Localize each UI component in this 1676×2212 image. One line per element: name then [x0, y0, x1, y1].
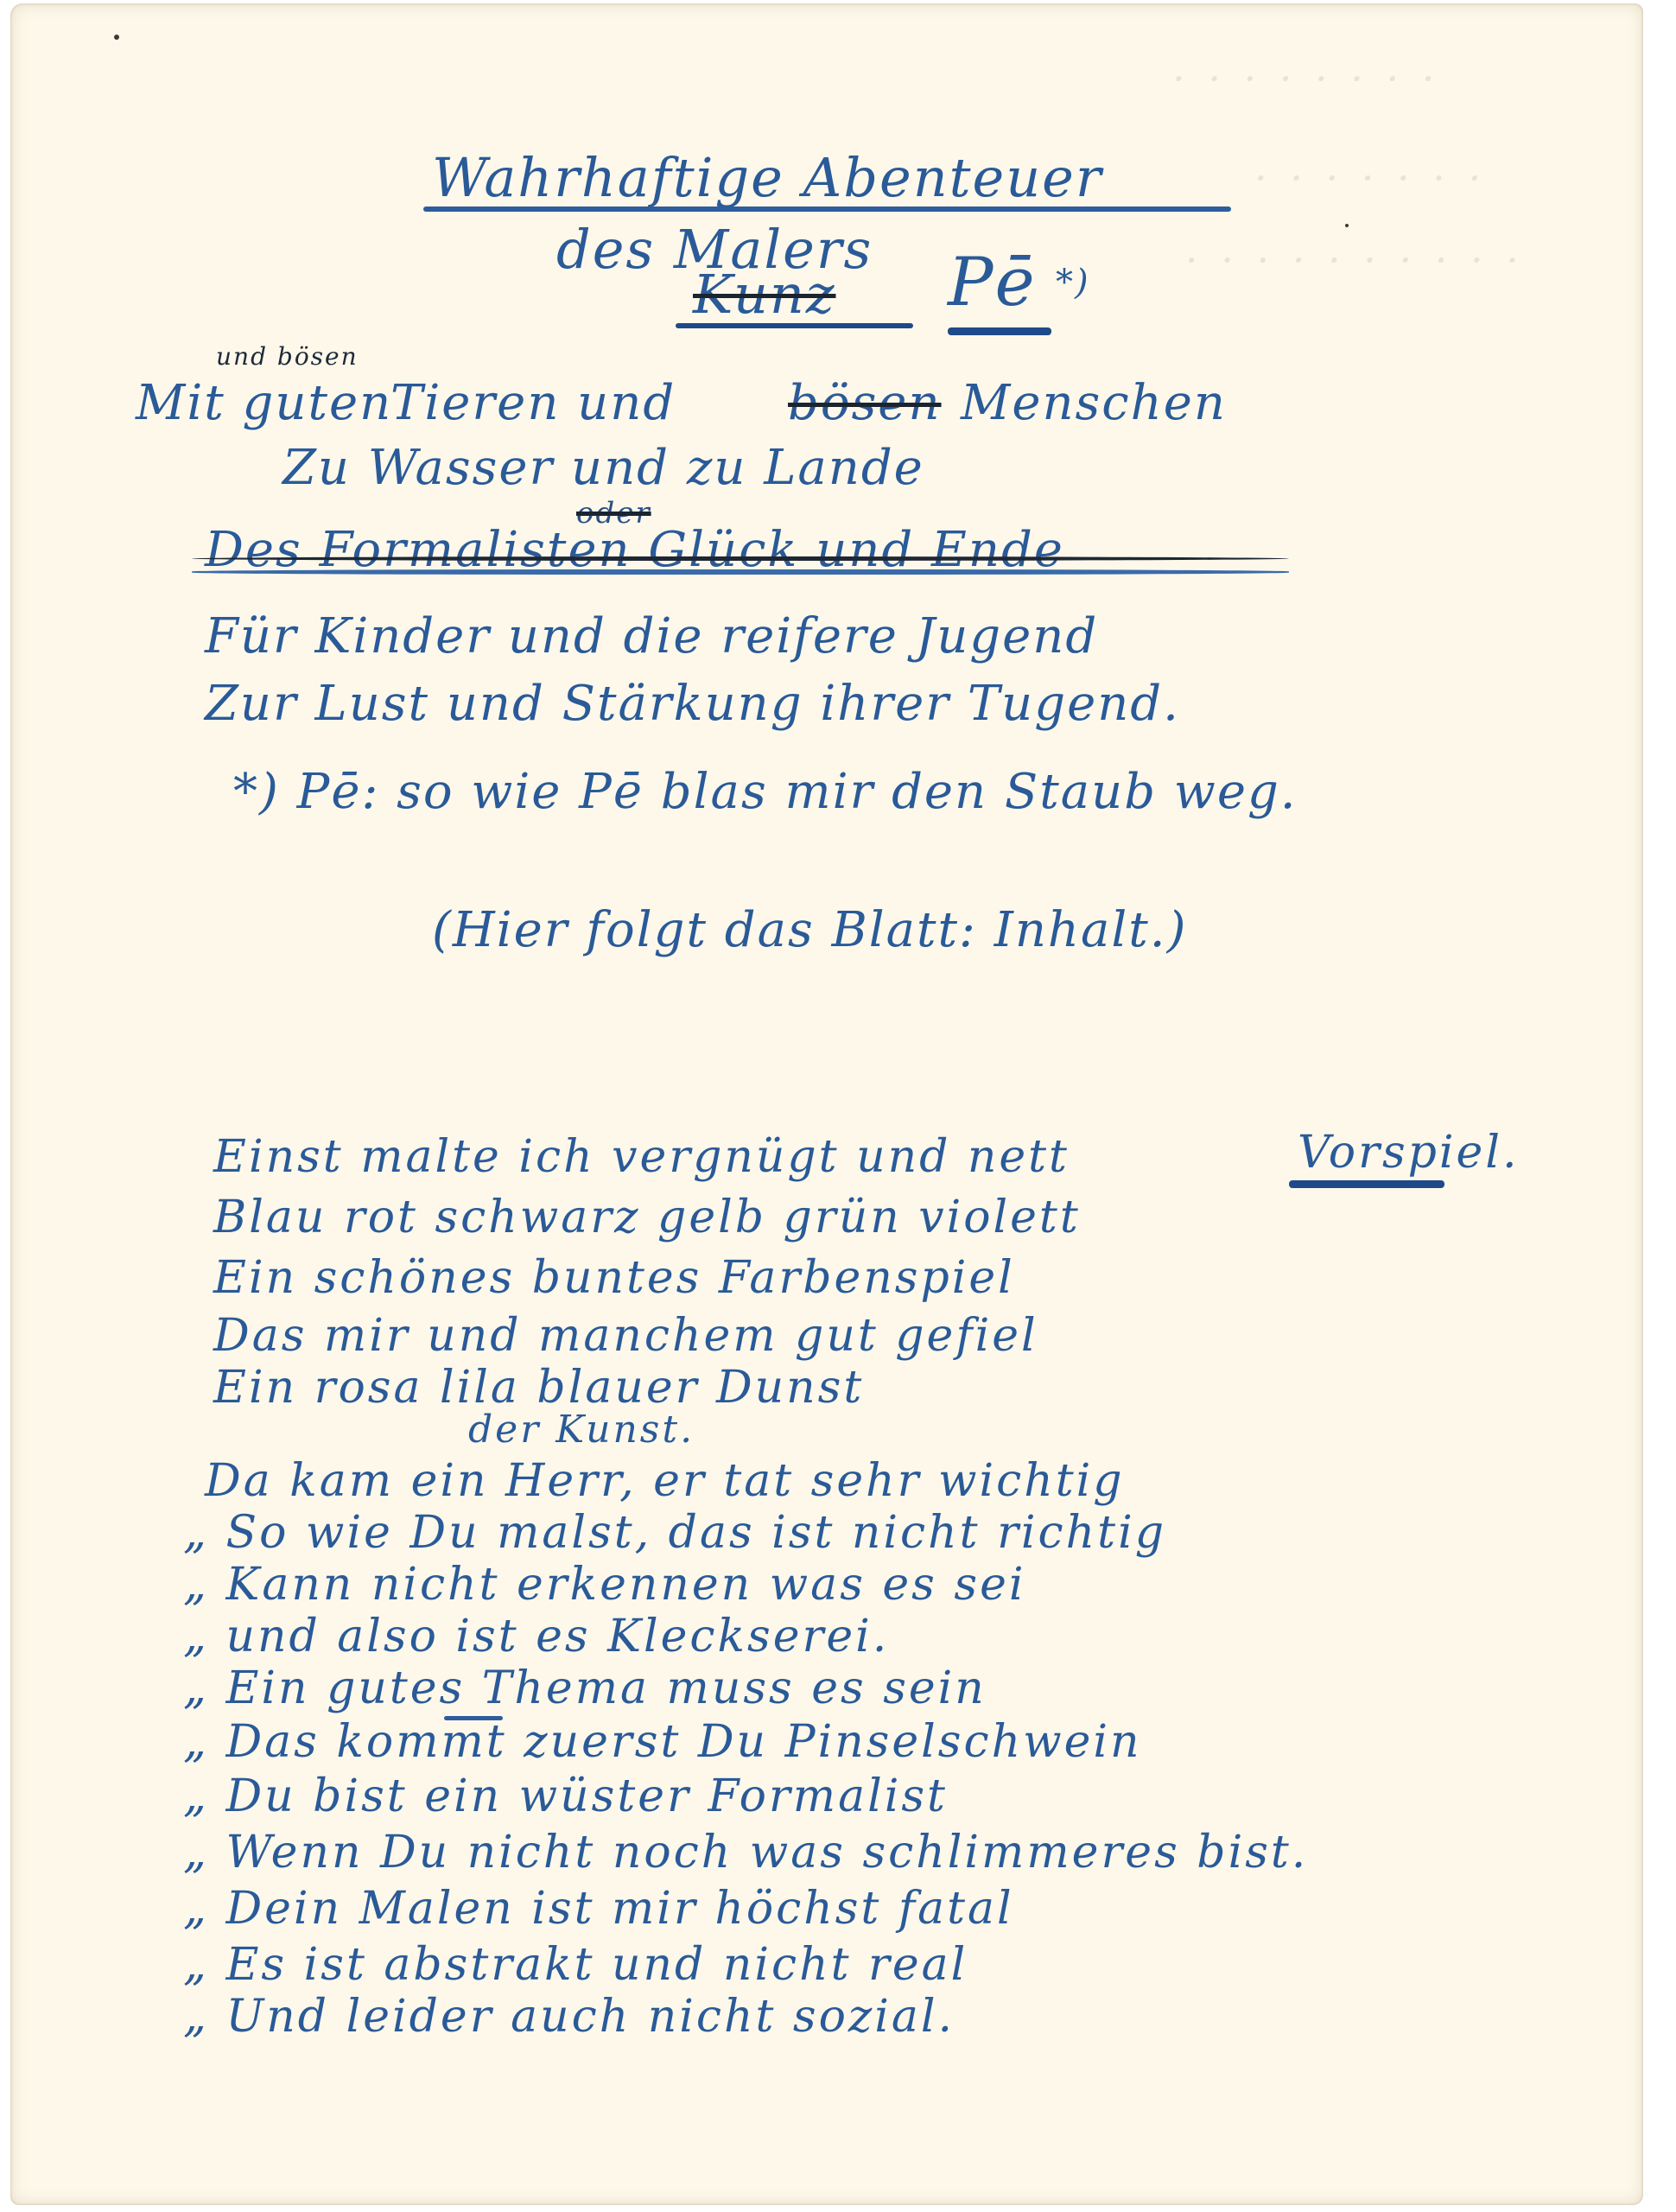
bleed-through-text: · · · · · · · · · ·	[1185, 237, 1524, 283]
poem-line: Blau rot schwarz gelb grün violett	[213, 1192, 1081, 1243]
footnote-mark: *)	[1056, 263, 1090, 302]
subtitle-struck-word: bösen	[788, 375, 942, 431]
poem-line: „ Es ist abstrakt und nicht real	[183, 1939, 968, 1991]
wavy-strikethrough	[192, 556, 1289, 561]
paper-speck	[1345, 224, 1349, 227]
struck-name-underline	[676, 323, 913, 328]
poem-line: Das mir und manchem gut gefiel	[213, 1310, 1038, 1362]
poem-line: „ Wenn Du nicht noch was schlimmeres bis…	[183, 1827, 1308, 1878]
subtitle-line-4: Zur Lust und Stärkung ihrer Tugend.	[205, 676, 1180, 732]
subtitle-line-1a: Mit guten	[136, 375, 392, 431]
poem-line: „ Ein gutes Thema muss es sein	[183, 1662, 987, 1714]
poem-line: Da kam ein Herr, er tat sehr wichtig	[205, 1455, 1125, 1507]
poem-line: Ein rosa lila blauer Dunst	[213, 1362, 864, 1414]
poem-line: „ Das kommt zuerst Du Pinselschwein	[183, 1716, 1141, 1768]
poem-line-insert: der Kunst.	[468, 1408, 695, 1452]
paper-speck	[114, 35, 119, 40]
section-label-underline	[1289, 1180, 1444, 1188]
footnote: *) Pē: so wie Pē blas mir den Staub weg.	[233, 764, 1298, 820]
wavy-underline	[192, 569, 1289, 575]
poem-line: „ Kann nicht erkennen was es sei	[183, 1559, 1025, 1611]
subtitle-line-3: Für Kinder und die reifere Jugend	[205, 608, 1098, 664]
section-label: Vorspiel.	[1298, 1127, 1519, 1179]
contents-note: (Hier folgt das Blatt: Inhalt.)	[432, 902, 1187, 958]
title-underline	[423, 207, 1231, 212]
poem-line: „ Dein Malen ist mir höchst fatal	[183, 1883, 1014, 1935]
bleed-through-text: · · · · · · · ·	[1172, 55, 1439, 102]
poem-line: „ Und leider auch nicht sozial.	[183, 1991, 955, 2043]
poem-line: „ So wie Du malst, das ist nicht richtig	[183, 1507, 1166, 1559]
struck-name: Kunz	[693, 263, 835, 326]
title-line-1: Wahrhaftige Abenteuer	[432, 146, 1103, 209]
subtitle-line-2: Zu Wasser und zu Lande	[283, 440, 924, 496]
poem-line: Einst malte ich vergnügt und nett	[213, 1131, 1070, 1183]
author-name-underline	[948, 327, 1051, 335]
subtitle-line-1c: Menschen	[961, 375, 1227, 431]
author-name: Pē	[948, 244, 1037, 321]
insertion-text: und bösen	[216, 342, 359, 371]
manuscript-page: · · · · · · · · · · · · · · · · · · · · …	[10, 3, 1643, 2205]
poem-line: „ und also ist es Kleckserei.	[183, 1611, 889, 1662]
poem-line: Ein schönes buntes Farbenspiel	[213, 1252, 1015, 1304]
bleed-through-text: · · · · · · ·	[1254, 155, 1486, 201]
subtitle-line-1b: Tieren und	[390, 375, 676, 431]
poem-line: „ Du bist ein wüster Formalist	[183, 1770, 948, 1822]
